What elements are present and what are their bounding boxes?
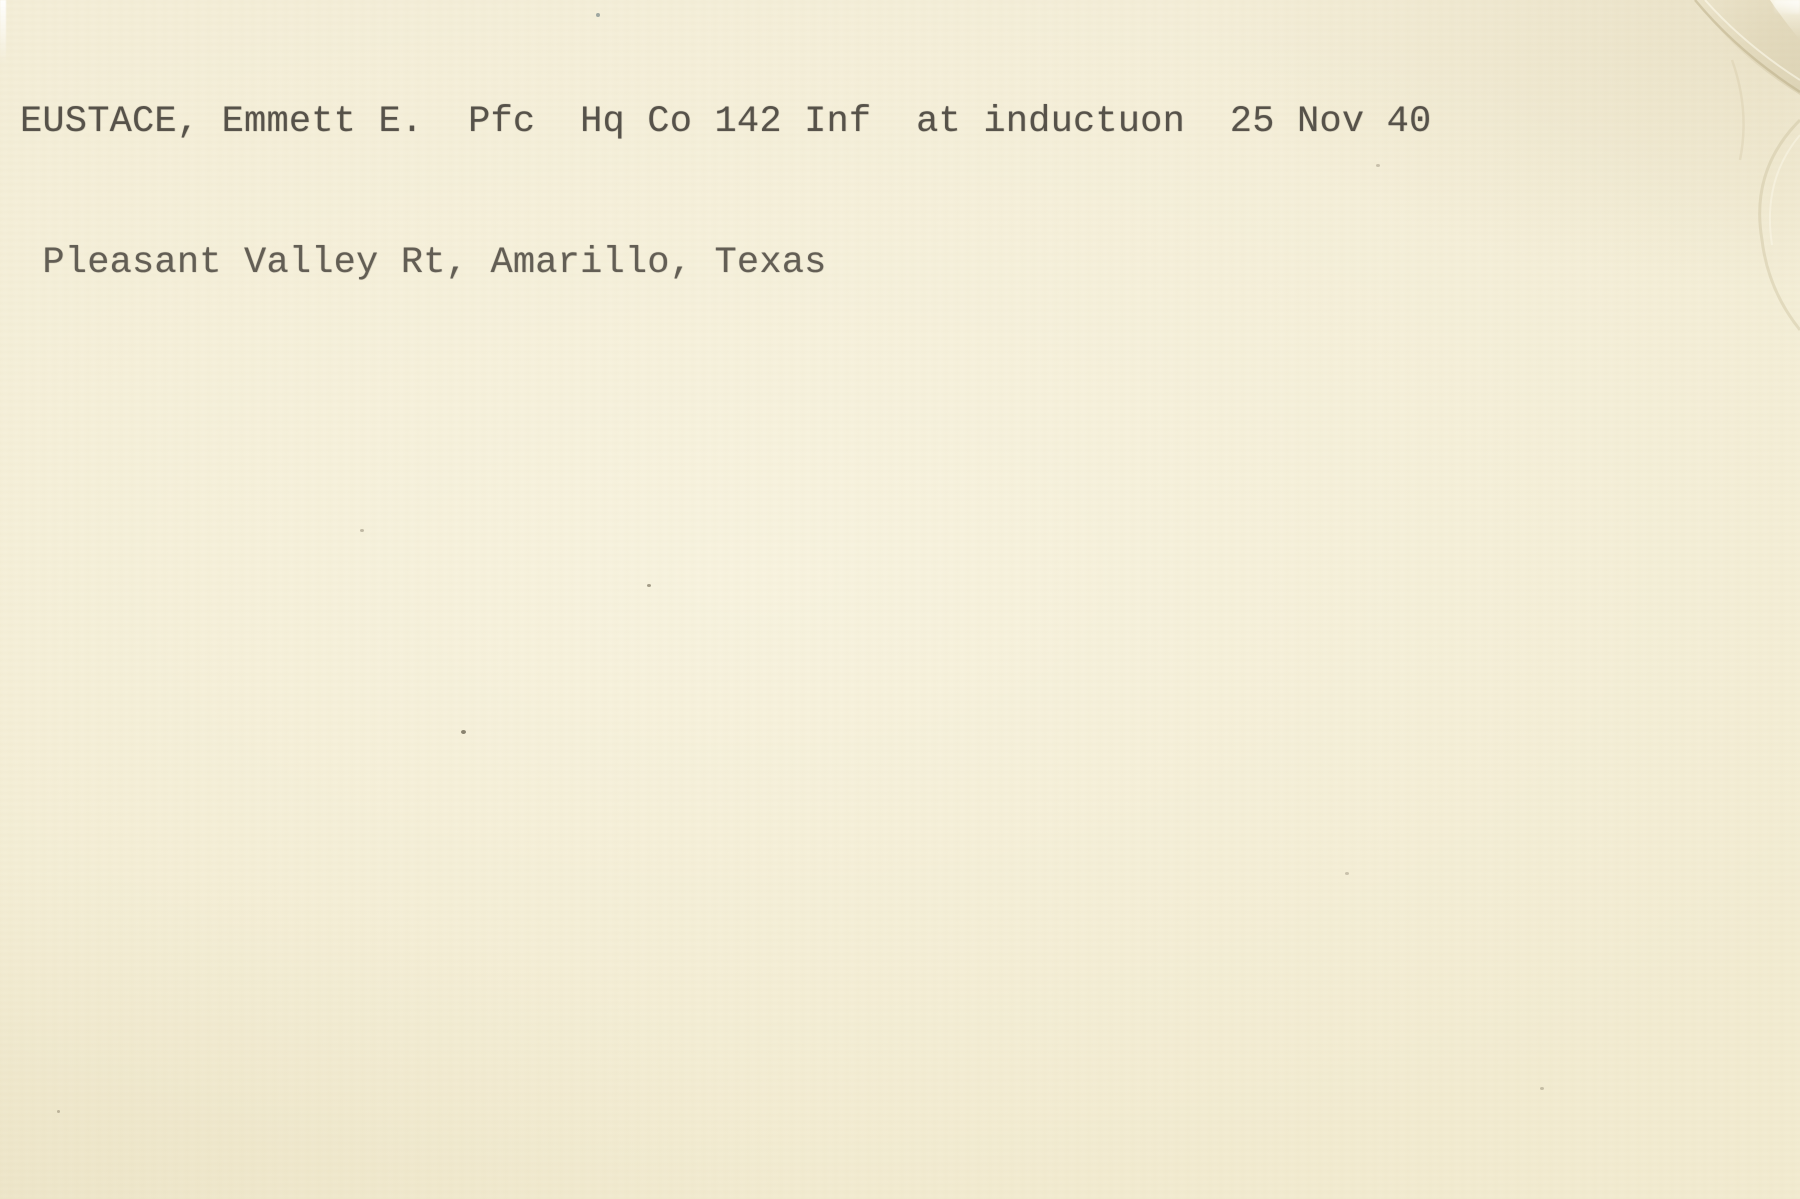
paper-speck	[360, 529, 364, 532]
card-line-address: Pleasant Valley Rt, Amarillo, Texas	[20, 240, 1431, 287]
card-text-block: EUSTACE, Emmett E. Pfc Hq Co 142 Inf at …	[20, 5, 1431, 381]
scanned-card: EUSTACE, Emmett E. Pfc Hq Co 142 Inf at …	[0, 0, 1800, 1199]
paper-speck	[461, 730, 466, 734]
scan-edge-artifact-left	[0, 0, 6, 64]
card-line-identity: EUSTACE, Emmett E. Pfc Hq Co 142 Inf at …	[20, 99, 1431, 146]
paper-speck	[57, 1110, 60, 1113]
paper-speck	[1540, 1087, 1544, 1090]
paper-crease	[1500, 0, 1800, 360]
paper-speck	[1345, 872, 1349, 875]
scan-edge-artifact-corner	[1774, 0, 1800, 14]
paper-speck	[647, 584, 651, 587]
